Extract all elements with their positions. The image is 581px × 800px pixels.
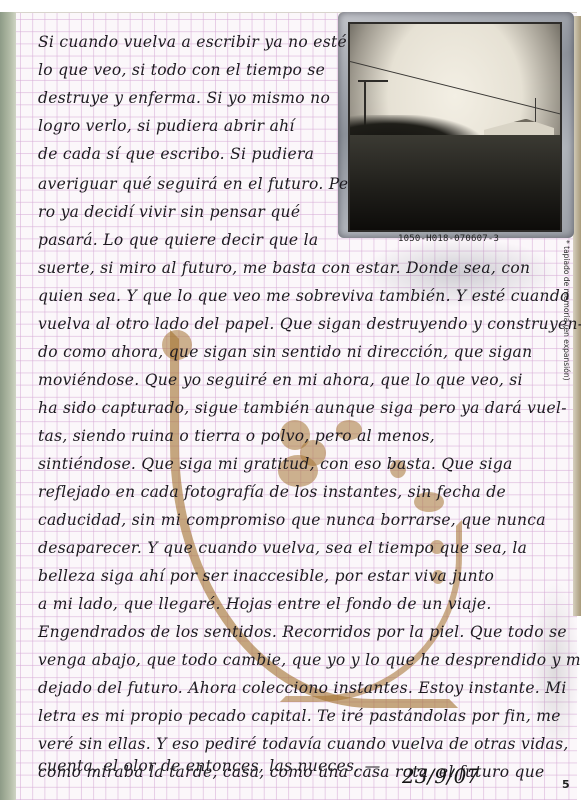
journal-line: de cada sí que escribo. Si pudiera <box>38 142 314 166</box>
photo-ground <box>350 135 560 230</box>
photo-caption: 1050-H018-070607-3 <box>398 234 499 244</box>
journal-line: Engendrados de los sentidos. Recorridos … <box>38 620 567 644</box>
journal-line: dejado del futuro. Ahora colecciono inst… <box>38 676 567 700</box>
journal-line: Si cuando vuelva a escribir ya no esté <box>38 30 347 54</box>
journal-line: pasará. Lo que quiere decir que la <box>38 228 318 252</box>
journal-line: venga abajo, que todo cambie, que yo y l… <box>38 648 581 672</box>
journal-line: sintiéndose. Que siga mi gratitud, con e… <box>38 452 513 476</box>
journal-line: veré sin ellas. Y eso pediré todavía cua… <box>38 732 569 756</box>
journal-line: quien sea. Y que lo que veo me sobreviva… <box>38 284 570 308</box>
page-number: 5 <box>562 778 570 791</box>
journal-line: a mi lado, que llegaré. Hojas entre el f… <box>38 592 492 616</box>
journal-line: tas, siendo ruina o tierra o polvo, pero… <box>38 424 435 448</box>
taped-photo <box>348 22 562 232</box>
entry-date: 23/9/07 <box>402 764 479 788</box>
journal-line: destruye y enferma. Si yo mismo no <box>38 86 330 110</box>
journal-line: moviéndose. Que yo seguiré en mi ahora, … <box>38 368 523 392</box>
journal-line: averiguar qué seguirá en el futuro. Pe <box>38 172 348 196</box>
journal-line: desaparecer. Y que cuando vuelva, sea el… <box>38 536 527 560</box>
journal-line: vuelva al otro lado del papel. Que sigan… <box>38 312 581 336</box>
journal-line: logro verlo, si pudiera abrir ahí <box>38 114 295 138</box>
journal-line: lo que veo, si todo con el tiempo se <box>38 58 325 82</box>
journal-line: ro ya decidí vivir sin pensar qué <box>38 200 300 224</box>
journal-line: reflejado en cada fotografía de los inst… <box>38 480 506 504</box>
journal-line: letra es mi propio pecado capital. Te ir… <box>38 704 561 728</box>
photo-crane-jib <box>358 80 388 82</box>
journal-line: belleza siga ahí por ser inaccesible, po… <box>38 564 494 588</box>
journal-line: suerte, si miro al futuro, me basta con … <box>38 256 530 280</box>
journal-line: do como ahora, que sigan sin sentido ni … <box>38 340 532 364</box>
journal-line: caducidad, sin mi compromiso que nunca b… <box>38 508 546 532</box>
journal-line: ha sido capturado, sigue también aunque … <box>38 396 567 420</box>
journal-line: cuenta, el olor de entonces, las nueces.… <box>38 754 381 778</box>
